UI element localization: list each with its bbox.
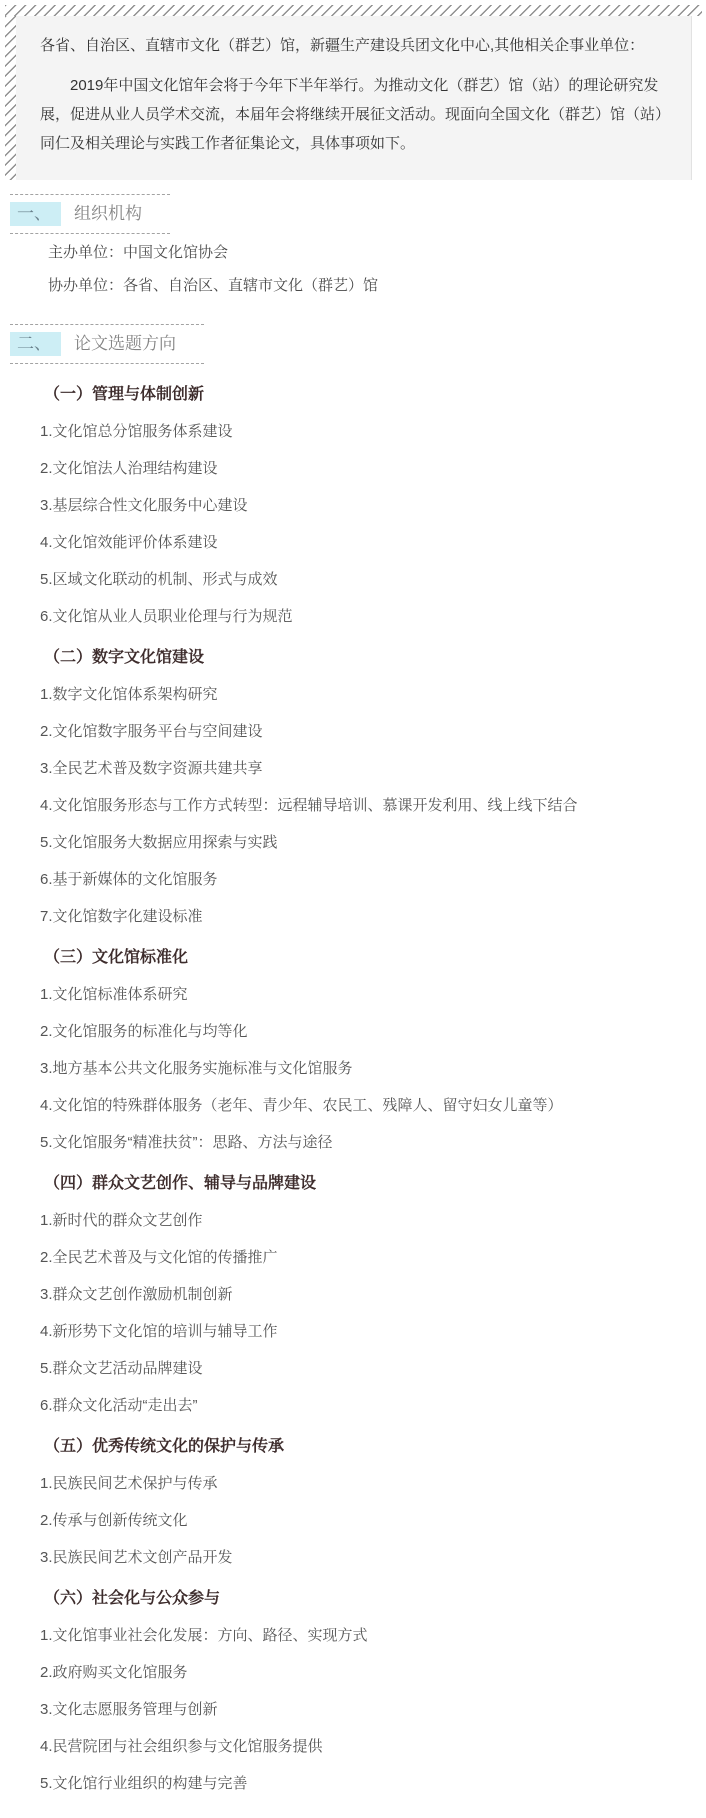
- topic-group-heading: （五）优秀传统文化的保护与传承: [44, 1436, 706, 1457]
- section-header-topics: 二、论文选题方向: [10, 324, 204, 364]
- section-number-badge: 一、: [10, 202, 61, 226]
- topic-item: 2.全民艺术普及与文化馆的传播推广: [40, 1248, 706, 1268]
- topic-item: 3.地方基本公共文化服务实施标准与文化馆服务: [40, 1059, 706, 1079]
- topic-item: 2.文化馆服务的标准化与均等化: [40, 1022, 706, 1042]
- topic-item: 1.数字文化馆体系架构研究: [40, 685, 706, 705]
- topic-item: 1.民族民间艺术保护与传承: [40, 1474, 706, 1494]
- section-number-badge: 二、: [10, 332, 61, 356]
- topic-group-heading: （三）文化馆标准化: [44, 947, 706, 968]
- topic-item: 3.基层综合性文化服务中心建设: [40, 496, 706, 516]
- co-host-unit-line: 协办单位：各省、自治区、直辖市文化（群艺）馆: [48, 276, 706, 296]
- topic-item: 7.文化馆数字化建设标准: [40, 907, 706, 927]
- topic-group-heading: （四）群众文艺创作、辅导与品牌建设: [44, 1173, 706, 1194]
- topic-item: 5.文化馆服务“精准扶贫”：思路、方法与途径: [40, 1133, 706, 1153]
- topic-item: 4.文化馆的特殊群体服务（老年、青少年、农民工、残障人、留守妇女儿童等）: [40, 1096, 706, 1116]
- topic-item: 5.文化馆行业组织的构建与完善: [40, 1774, 706, 1794]
- topic-item: 3.全民艺术普及数字资源共建共享: [40, 759, 706, 779]
- organization-block: 主办单位：中国文化馆协会 协办单位：各省、自治区、直辖市文化（群艺）馆: [0, 243, 706, 296]
- topic-item: 2.政府购买文化馆服务: [40, 1663, 706, 1683]
- topic-item: 4.新形势下文化馆的培训与辅导工作: [40, 1322, 706, 1342]
- topic-item: 1.文化馆事业社会化发展：方向、路径、实现方式: [40, 1626, 706, 1646]
- topic-item: 2.文化馆法人治理结构建设: [40, 459, 706, 479]
- section-title: 组织机构: [74, 204, 142, 223]
- topic-item: 4.民营院团与社会组织参与文化馆服务提供: [40, 1737, 706, 1757]
- notice-content: 各省、自治区、直辖市文化（群艺）馆，新疆生产建设兵团文化中心,其他相关企事业单位…: [16, 16, 692, 180]
- notice-salutation: 各省、自治区、直辖市文化（群艺）馆，新疆生产建设兵团文化中心,其他相关企事业单位…: [40, 31, 665, 60]
- topic-item: 1.文化馆总分馆服务体系建设: [40, 422, 706, 442]
- topics-list: （一）管理与体制创新1.文化馆总分馆服务体系建设2.文化馆法人治理结构建设3.基…: [0, 384, 706, 1794]
- topic-item: 4.文化馆效能评价体系建设: [40, 533, 706, 553]
- topic-item: 1.新时代的群众文艺创作: [40, 1211, 706, 1231]
- topic-item: 3.群众文艺创作激励机制创新: [40, 1285, 706, 1305]
- topic-item: 5.群众文艺活动品牌建设: [40, 1359, 706, 1379]
- host-unit-line: 主办单位：中国文化馆协会: [48, 243, 706, 263]
- hatch-border-top: [5, 5, 702, 16]
- hatch-border-left: [5, 16, 16, 180]
- section-header-organization: 一、组织机构: [10, 194, 170, 234]
- topic-item: 3.文化志愿服务管理与创新: [40, 1700, 706, 1720]
- topic-item: 5.区域文化联动的机制、形式与成效: [40, 570, 706, 590]
- topic-group-heading: （二）数字文化馆建设: [44, 647, 706, 668]
- topic-item: 6.基于新媒体的文化馆服务: [40, 870, 706, 890]
- topic-item: 2.传承与创新传统文化: [40, 1511, 706, 1531]
- topic-group-heading: （六）社会化与公众参与: [44, 1588, 706, 1609]
- topic-group-heading: （一）管理与体制创新: [44, 384, 706, 405]
- topic-item: 2.文化馆数字服务平台与空间建设: [40, 722, 706, 742]
- notice-box: 各省、自治区、直辖市文化（群艺）馆，新疆生产建设兵团文化中心,其他相关企事业单位…: [5, 5, 702, 180]
- topic-item: 3.民族民间艺术文创产品开发: [40, 1548, 706, 1568]
- section-title: 论文选题方向: [74, 334, 176, 353]
- notice-body: 2019年中国文化馆年会将于今年下半年举行。为推动文化（群艺）馆（站）的理论研究…: [40, 71, 665, 158]
- topic-item: 5.文化馆服务大数据应用探索与实践: [40, 833, 706, 853]
- topic-item: 6.文化馆从业人员职业伦理与行为规范: [40, 607, 706, 627]
- topic-item: 4.文化馆服务形态与工作方式转型：远程辅导培训、慕课开发利用、线上线下结合: [40, 796, 706, 816]
- topic-item: 1.文化馆标准体系研究: [40, 985, 706, 1005]
- topic-item: 6.群众文化活动“走出去”: [40, 1396, 706, 1416]
